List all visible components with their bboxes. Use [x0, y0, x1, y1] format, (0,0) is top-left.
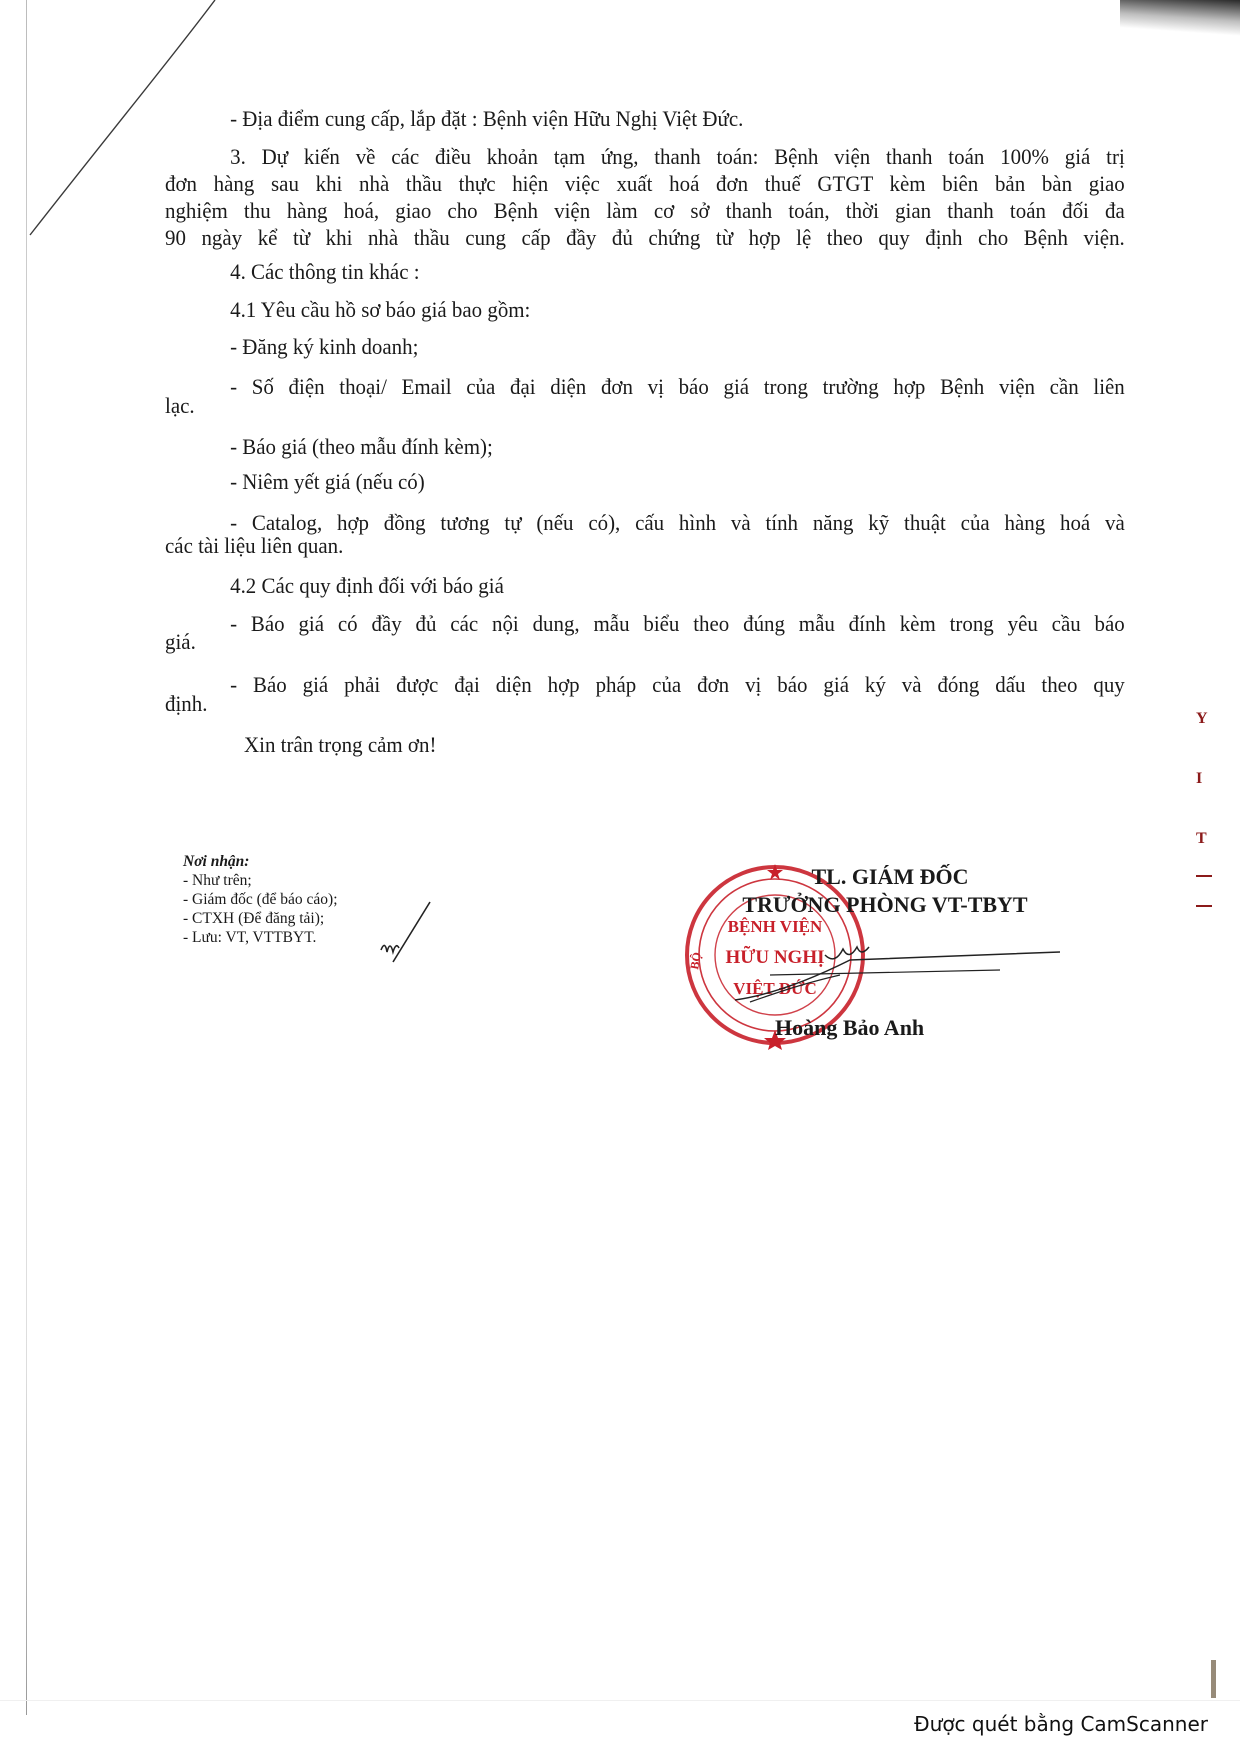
req-catalog-line-2: các tài liệu liên quan.	[165, 532, 343, 559]
camscanner-watermark: Được quét bằng CamScanner	[914, 1712, 1208, 1736]
edge-mark: I	[1196, 770, 1202, 788]
closing-line: Xin trân trọng cảm ơn!	[165, 731, 436, 758]
signature-title-line-2: TRƯỞNG PHÒNG VT-TBYT	[705, 892, 1065, 918]
signature-block: BỆNH VIỆN HỮU NGHỊ VIỆT ĐỨC BỘ TL. GIÁM …	[680, 860, 1060, 1060]
rule-signature-line-2: định.	[165, 690, 207, 717]
rule-signature-line-1: - Báo giá phải được đại diện hợp pháp củ…	[165, 671, 1125, 698]
signature-title-line-1: TL. GIÁM ĐỐC	[740, 864, 1040, 890]
page-edge-stamp-marks: Y I T	[1196, 700, 1216, 920]
req-contact-line-2: lạc.	[165, 392, 195, 419]
requirements-heading: 4.1 Yêu cầu hồ sơ báo giá bao gồm:	[165, 296, 530, 323]
recipients-title: Nơi nhận:	[183, 852, 338, 871]
footer-divider	[0, 1700, 1240, 1701]
handwritten-signature-icon	[730, 940, 1060, 1010]
other-info-heading: 4. Các thông tin khác :	[165, 258, 420, 285]
svg-text:BỆNH VIỆN: BỆNH VIỆN	[728, 917, 823, 936]
initials-signature-icon	[375, 900, 435, 970]
signer-name: Hoàng Bảo Anh	[775, 1015, 924, 1041]
payment-line-1: 3. Dự kiến về các điều khoản tạm ứng, th…	[165, 143, 1125, 170]
recipient-item: - Như trên;	[183, 871, 338, 890]
req-quote: - Báo giá (theo mẫu đính kèm);	[165, 433, 493, 460]
req-listed-price: - Niêm yết giá (nếu có)	[165, 468, 425, 495]
scan-corner-mark	[1211, 1660, 1216, 1698]
svg-text:BỘ: BỘ	[687, 951, 704, 971]
rule-content-line-1: - Báo giá có đầy đủ các nội dung, mẫu bi…	[165, 610, 1125, 637]
recipient-item: - CTXH (Để đăng tải);	[183, 909, 338, 928]
recipient-item: - Giám đốc (để báo cáo);	[183, 890, 338, 909]
payment-line-4: 90 ngày kể từ khi nhà thầu cung cấp đầy …	[165, 224, 1125, 251]
req-business-registration: - Đăng ký kinh doanh;	[165, 333, 418, 360]
payment-line-2: đơn hàng sau khi nhà thầu thực hiện việc…	[165, 170, 1125, 197]
edge-mark: Y	[1196, 710, 1208, 728]
edge-mark: T	[1196, 830, 1207, 848]
payment-line-3: nghiệm thu hàng hoá, giao cho Bệnh viện …	[165, 197, 1125, 224]
page-edge-left	[26, 0, 27, 1715]
recipient-item: - Lưu: VT, VTTBYT.	[183, 928, 338, 947]
recipients-block: Nơi nhận: - Như trên; - Giám đốc (để báo…	[183, 852, 338, 947]
location-line: - Địa điểm cung cấp, lắp đặt : Bệnh viện…	[165, 105, 743, 132]
rule-content-line-2: giá.	[165, 628, 196, 655]
req-contact-line-1: - Số điện thoại/ Email của đại diện đơn …	[165, 373, 1125, 400]
rules-heading: 4.2 Các quy định đối với báo giá	[165, 572, 504, 599]
page-corner-shadow	[1120, 0, 1240, 36]
